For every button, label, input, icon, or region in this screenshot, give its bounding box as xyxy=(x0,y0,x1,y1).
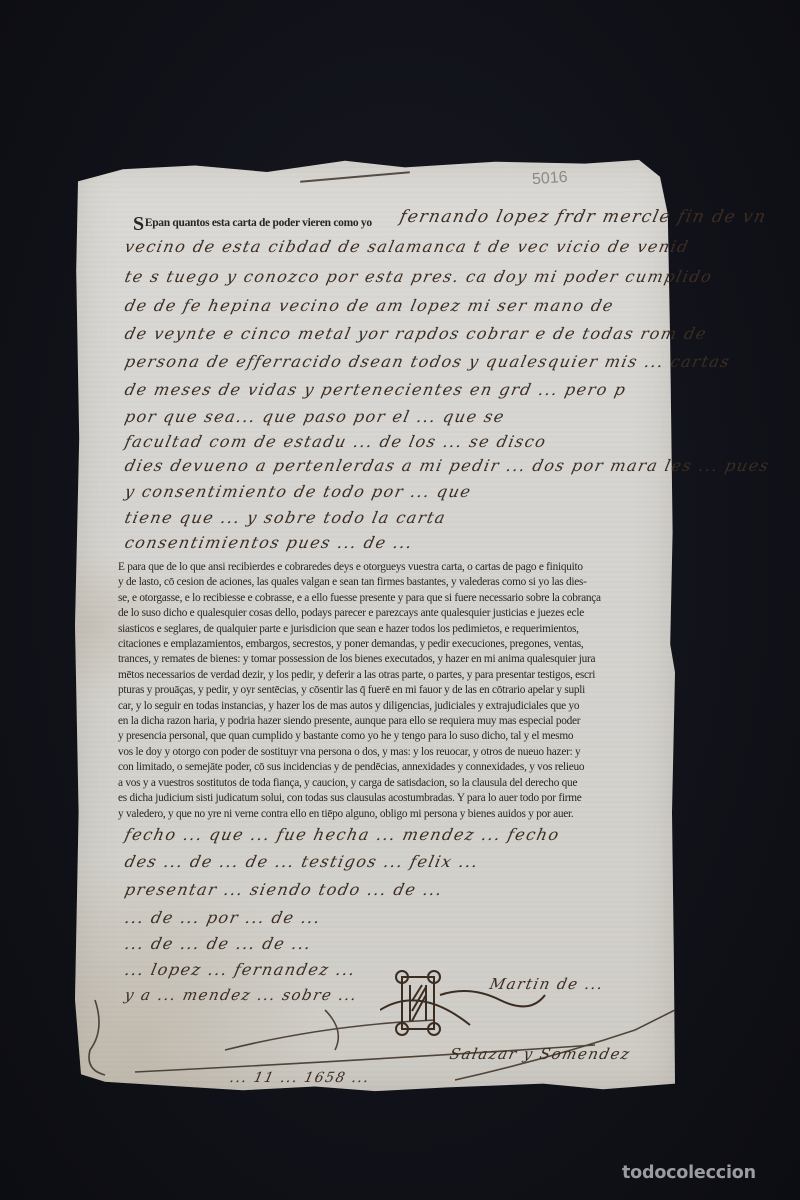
printed-line: y de lasto, cō cesion de aciones, las qu… xyxy=(118,575,742,590)
printed-header: SEpan quantos esta carta de poder vieren… xyxy=(133,213,372,236)
printed-body: E para que de lo que ansi recibierdes e … xyxy=(118,560,742,822)
handwritten-line: dies devueno a pertenlerdas a mi pedir .… xyxy=(123,456,772,475)
printed-line: con limitado, o semejāte poder, cō sus i… xyxy=(118,760,742,775)
handwritten-line: facultad com de estadu ... de los ... se… xyxy=(123,432,549,451)
handwritten-line: por que sea... que paso por el ... que s… xyxy=(123,407,507,426)
handwritten-line: y consentimiento de todo por ... que xyxy=(123,482,474,501)
printed-line: a vos y a vuestros sostitutos de toda fi… xyxy=(118,776,742,791)
handwritten-line: ... lopez ... fernandez ... xyxy=(123,960,358,979)
handwritten-line: persona de efferracido dsean todos y qua… xyxy=(123,352,732,371)
handwritten-line: de meses de vidas y pertenecientes en gr… xyxy=(123,380,628,399)
printed-line: es dicha judicium sisti judicatum solui,… xyxy=(118,791,742,806)
printed-line: trances, y remates de bienes: y tomar po… xyxy=(118,652,742,667)
signature-flourish-icon xyxy=(75,990,675,1090)
handwritten-line: tiene que ... y sobre todo la carta xyxy=(123,508,448,527)
printed-line: de lo suso dicho e qualesquier cosas del… xyxy=(118,606,742,621)
printed-line: E para que de lo que ansi recibierdes e … xyxy=(118,560,742,575)
handwritten-line: ... de ... de ... de ... xyxy=(123,934,314,953)
handwritten-line: fernando lopez frdr mercle fin de vn xyxy=(398,207,769,227)
printed-line: y presencia personal, que quan cumplido … xyxy=(118,729,742,744)
printed-line: mētos necessarios de verdad dezir, y los… xyxy=(118,668,742,683)
printed-line: en la dicha razon haria, y podria hazer … xyxy=(118,714,742,729)
printed-line: siasticos e seglares, de qualquier parte… xyxy=(118,622,742,637)
handwritten-line: vecino de esta cibdad de salamanca t de … xyxy=(123,237,691,256)
handwritten-line: presentar ... siendo todo ... de ... xyxy=(123,880,445,899)
printed-line: y valedero, y que no yre ni verne contra… xyxy=(118,807,742,822)
archive-number: 5016 xyxy=(531,169,568,189)
printed-line: car, y lo seguir en todas instancias, y … xyxy=(118,699,742,714)
watermark-logo: todocoleccion xyxy=(622,1163,756,1183)
handwritten-line: de de fe hepina vecino de am lopez mi se… xyxy=(123,296,616,315)
printed-line: pturas y prouāças, y pedir, y oyr sentēc… xyxy=(118,683,742,698)
printed-line: citaciones e emplazamientos, embargos, s… xyxy=(118,637,742,652)
handwritten-line: fecho ... que ... fue hecha ... mendez .… xyxy=(123,825,562,844)
handwritten-line: des ... de ... de ... testigos ... felix… xyxy=(123,852,481,871)
header-initial: S xyxy=(133,213,144,235)
handwritten-line: te s tuego y conozco por esta pres. ca d… xyxy=(123,267,714,286)
printed-line: se, e otorgasse, e lo recibiesse e cobra… xyxy=(118,591,742,606)
handwritten-line: de veynte e cinco metal yor rapdos cobra… xyxy=(123,324,709,343)
header-text: Epan quantos esta carta de poder vieren … xyxy=(145,217,372,229)
printed-line: vos le doy y otorgo con poder de sostitu… xyxy=(118,745,742,760)
handwritten-line: ... de ... por ... de ... xyxy=(123,908,323,927)
